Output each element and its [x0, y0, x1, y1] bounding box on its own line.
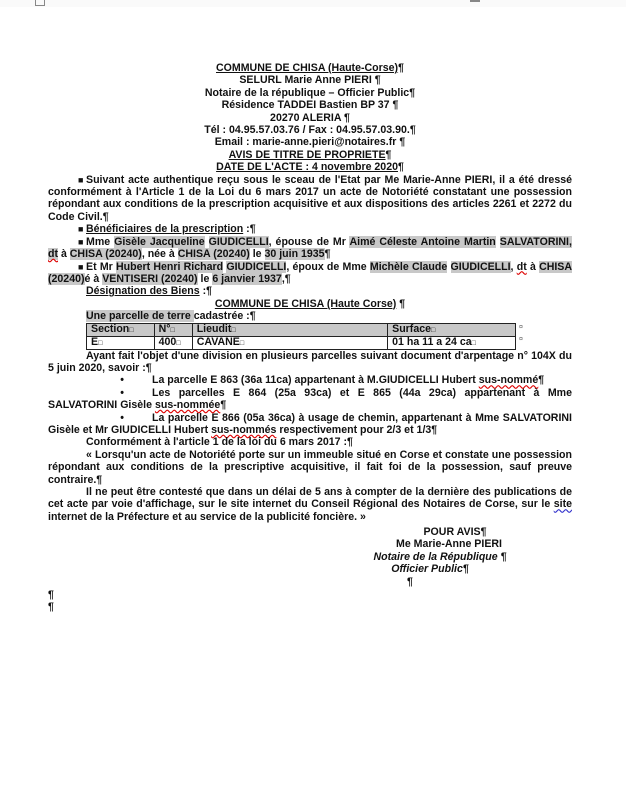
- signatory-name: Me Marie-Anne PIERI: [360, 538, 520, 550]
- header-section: Section□: [87, 323, 155, 336]
- division-item-1: •La parcelle E 863 (36a 11ca) appartenan…: [48, 374, 572, 386]
- cell-section: E□: [87, 336, 155, 349]
- cadastre-table-wrap: Section□ N°□ Lieudit□ Surface□ E□ 400□ C…: [86, 323, 558, 350]
- header-lieudit: Lieudit□: [192, 323, 387, 336]
- signatory-title-2: Officier Public¶: [360, 563, 520, 575]
- cadastre-table: Section□ N°□ Lieudit□ Surface□ E□ 400□ C…: [86, 323, 516, 350]
- bullet-icon: ■: [40, 261, 83, 273]
- notaire-line: Notaire de la république – Officier Publ…: [48, 87, 572, 99]
- avis-title: AVIS DE TITRE DE PROPRIETE¶: [48, 149, 572, 161]
- letterhead: COMMUNE DE CHISA (Haute-Corse)¶ SELURL M…: [48, 62, 572, 174]
- designation-heading: Désignation des Biens :¶: [48, 285, 572, 297]
- residence-line: Résidence TADDEI Bastien BP 37 ¶: [48, 99, 572, 111]
- empty-paragraph: ¶: [360, 576, 520, 588]
- bullet-icon: ■: [40, 223, 83, 235]
- citation-paragraph: « Lorsqu'un acte de Notoriété porte sur …: [48, 449, 572, 486]
- margin-crop-mark: [35, 0, 45, 6]
- bullet-icon: ■: [40, 174, 83, 186]
- beneficiaire-2: ■ Et Mr Hubert Henri Richard GIUDICELLI,…: [48, 261, 572, 286]
- designation-commune: COMMUNE DE CHISA (Haute Corse) ¶: [48, 298, 572, 310]
- cell-surface: 01 ha 11 a 24 ca□: [388, 336, 516, 349]
- cell-numero: 400□: [154, 336, 192, 349]
- signature-block: POUR AVIS¶ Me Marie-Anne PIERI Notaire d…: [360, 526, 520, 588]
- commune-title: COMMUNE DE CHISA (Haute-Corse)¶: [48, 62, 572, 74]
- date-acte: DATE DE L'ACTE : 4 novembre 2020¶: [48, 161, 572, 173]
- bullet-icon: ■: [40, 236, 83, 248]
- ville-line: 20270 ALERIA ¶: [48, 112, 572, 124]
- empty-paragraph: ¶: [48, 601, 54, 613]
- row-end-mark: ¤: [519, 336, 570, 343]
- empty-paragraph: ¶: [48, 589, 54, 601]
- pour-avis: POUR AVIS¶: [360, 526, 520, 538]
- header-numero: N°□: [154, 323, 192, 336]
- division-paragraph: Ayant fait l'objet d'une division en plu…: [48, 350, 572, 375]
- header-surface: Surface□: [388, 323, 516, 336]
- delai-paragraph: Il ne peut être contesté que dans un dél…: [48, 486, 572, 523]
- document-page: COMMUNE DE CHISA (Haute-Corse)¶ SELURL M…: [48, 62, 572, 523]
- division-item-3: •La parcelle E 866 (05a 36ca) à usage de…: [48, 412, 572, 437]
- conformement-line: Conformément à l'article 1 de la loi du …: [48, 436, 572, 448]
- table-row: E□ 400□ CAVANE□ 01 ha 11 a 24 ca□: [87, 336, 516, 349]
- signatory-title-1: Notaire de la République ¶: [360, 551, 520, 563]
- cell-lieudit: CAVANE□: [192, 336, 387, 349]
- tel-fax-line: Tél : 04.95.57.03.76 / Fax : 04.95.57.03…: [48, 124, 572, 136]
- email-line: Email : marie-anne.pieri@notaires.fr ¶: [48, 136, 572, 148]
- selurl-line: SELURL Marie Anne PIERI ¶: [48, 74, 572, 86]
- division-item-2: •Les parcelles E 864 (25a 93ca) et E 865…: [48, 387, 572, 412]
- parcelle-label: Une parcelle de terre cadastrée :¶: [48, 310, 572, 322]
- page-top-edge: [0, 0, 626, 7]
- beneficiaires-heading: ■ Bénéficiaires de la prescription :¶: [48, 223, 572, 235]
- beneficiaire-1: ■ Mme Gisèle Jacqueline GIUDICELLI, épou…: [48, 236, 572, 261]
- intro-paragraph: ■ Suivant acte authentique reçu sous le …: [48, 174, 572, 224]
- margin-crop-mark-right: [470, 0, 480, 2]
- table-header-row: Section□ N°□ Lieudit□ Surface□: [87, 323, 516, 336]
- row-end-mark: ¤: [519, 324, 570, 331]
